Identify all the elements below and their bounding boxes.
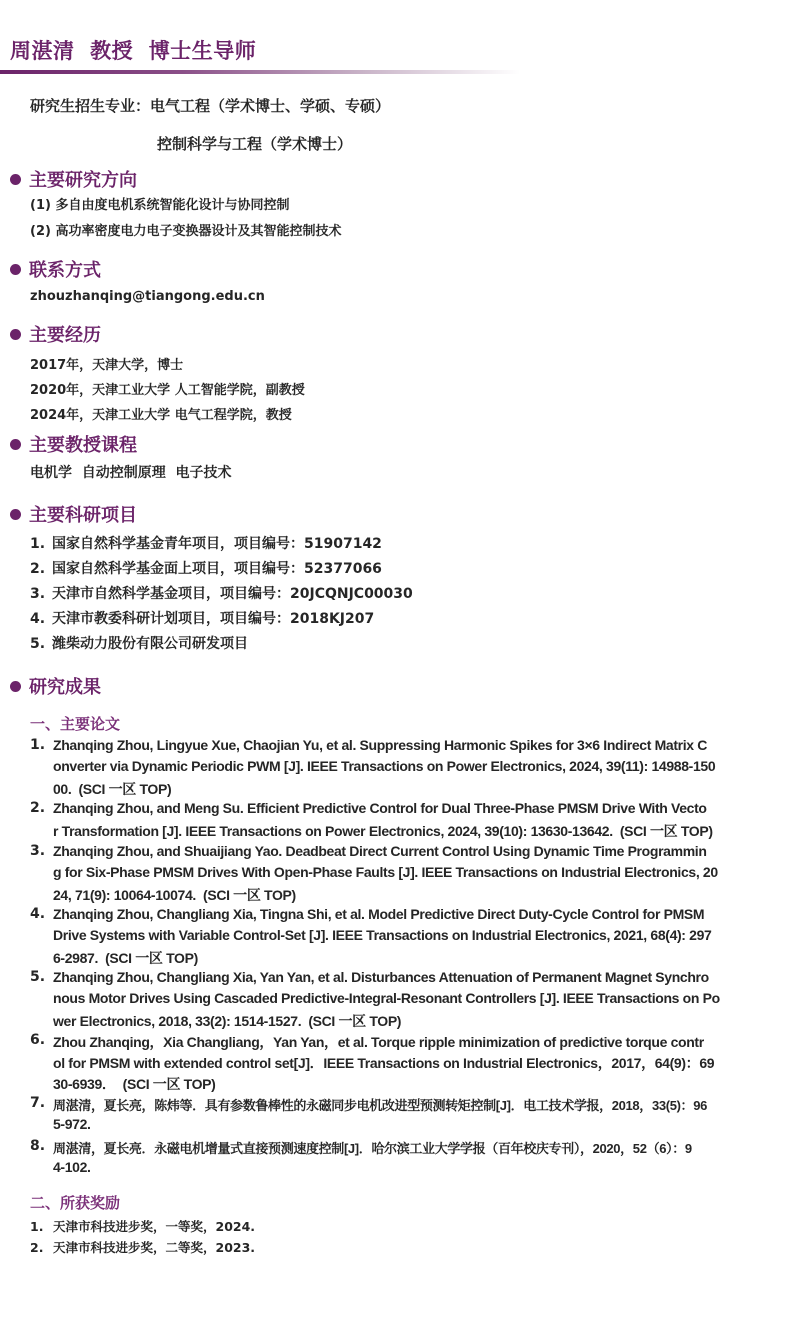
- enrollment-line-2: 控制科学与工程（学术博士）: [157, 133, 352, 154]
- awards-heading: 二、所获奖励: [30, 1192, 120, 1213]
- project-item: 3.天津市自然科学基金项目，项目编号：20JCQNJC00030: [30, 583, 413, 603]
- bullet-icon: [10, 681, 21, 692]
- page-title: 周湛清 教授 博士生导师: [10, 35, 256, 65]
- bullet-icon: [10, 174, 21, 185]
- courses-list: 电机学 自动控制原理 电子技术: [30, 462, 232, 482]
- award-item: 2.天津市科技进步奖，二等奖，2023.: [30, 1238, 255, 1256]
- section-contact: 联系方式: [10, 256, 101, 282]
- project-item: 5.潍柴动力股份有限公司研发项目: [30, 633, 248, 653]
- section-projects: 主要科研项目: [10, 501, 137, 527]
- project-item: 1.国家自然科学基金青年项目，项目编号：51907142: [30, 533, 382, 553]
- section-courses: 主要教授课程: [10, 431, 137, 457]
- section-title: 主要教授课程: [29, 431, 137, 457]
- experience-item: 2017年，天津大学，博士: [30, 354, 183, 373]
- award-item: 1.天津市科技进步奖，一等奖，2024.: [30, 1217, 255, 1235]
- experience-item: 2020年，天津工业大学 人工智能学院，副教授: [30, 379, 305, 398]
- experience-item: 2024年，天津工业大学 电气工程学院，教授: [30, 404, 292, 423]
- section-title: 研究成果: [29, 673, 101, 699]
- contact-email[interactable]: zhouzhanqing@tiangong.edu.cn: [30, 289, 265, 304]
- project-item: 4.天津市教委科研计划项目，项目编号：2018KJ207: [30, 608, 374, 628]
- section-research: 主要研究方向: [10, 166, 137, 192]
- section-experience: 主要经历: [10, 321, 101, 347]
- enrollment-line-1: 研究生招生专业：电气工程（学术博士、学硕、专硕）: [30, 95, 390, 116]
- section-title: 主要科研项目: [29, 501, 137, 527]
- section-achievements: 研究成果: [10, 673, 101, 699]
- papers-heading: 一、主要论文: [30, 713, 120, 734]
- section-title: 主要研究方向: [29, 166, 137, 192]
- bullet-icon: [10, 509, 21, 520]
- bullet-icon: [10, 329, 21, 340]
- project-item: 2.国家自然科学基金面上项目，项目编号：52377066: [30, 558, 382, 578]
- title-divider: [0, 70, 520, 74]
- bullet-icon: [10, 439, 21, 450]
- section-title: 主要经历: [29, 321, 101, 347]
- section-title: 联系方式: [29, 256, 101, 282]
- bullet-icon: [10, 264, 21, 275]
- research-item: (2) 高功率密度电力电子变换器设计及其智能控制技术: [30, 220, 341, 239]
- research-item: (1) 多自由度电机系统智能化设计与协同控制: [30, 194, 289, 213]
